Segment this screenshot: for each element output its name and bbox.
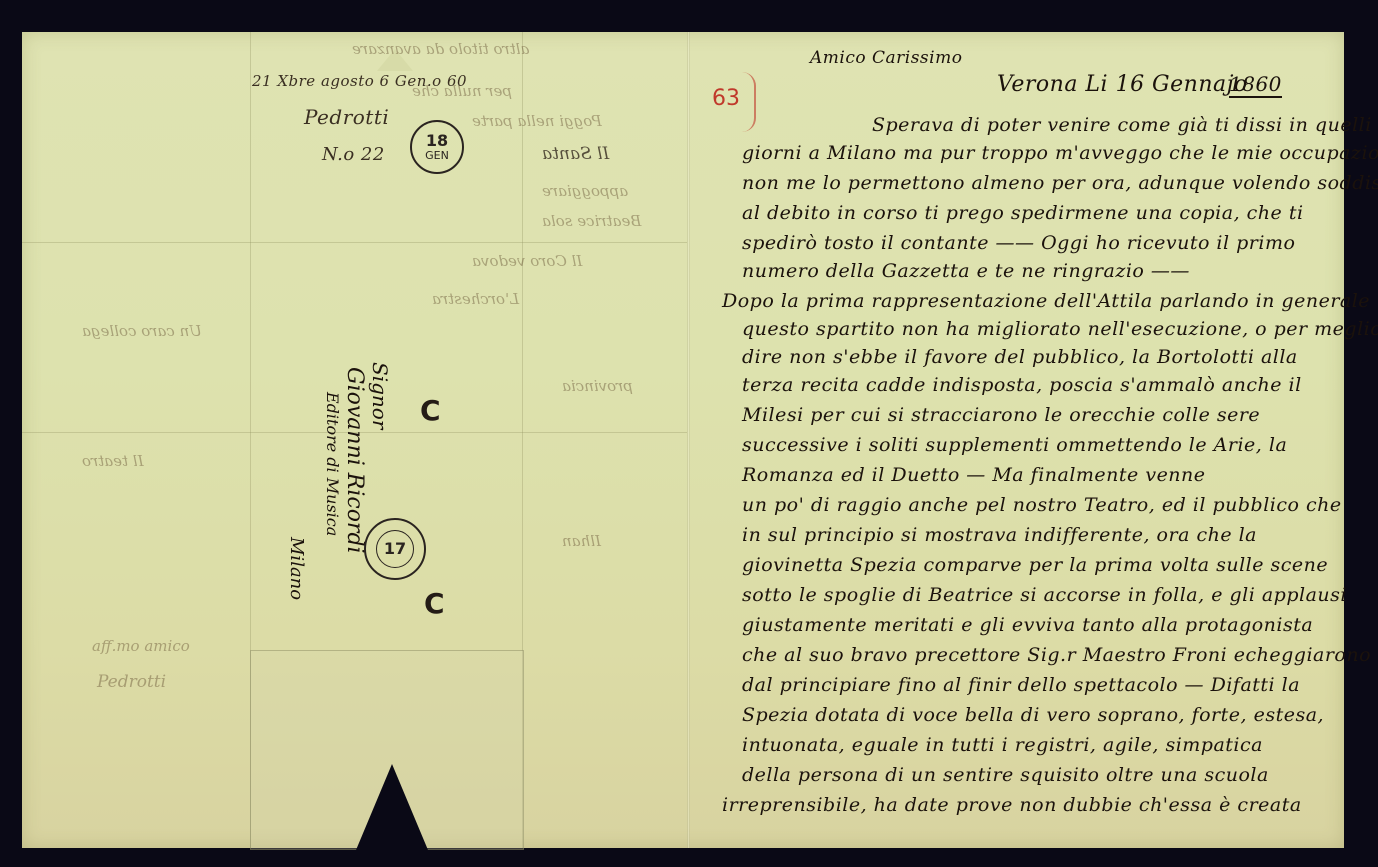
letter-line: questo spartito non ha migliorato nell'e… bbox=[742, 318, 1378, 340]
c-postal-mark: C bbox=[420, 394, 441, 427]
address-line-2: Giovanni Ricordi bbox=[342, 367, 367, 554]
letter-line: Dopo la prima rappresentazione dell'Atti… bbox=[722, 290, 1370, 312]
letter-line: numero della Gazzetta e te ne ringrazio … bbox=[742, 260, 1190, 282]
letter-line: che al suo bravo precettore Sig.r Maestr… bbox=[742, 644, 1371, 666]
letter-line: intuonata, eguale in tutti i registri, a… bbox=[742, 734, 1263, 756]
salutation: Amico Carissimo bbox=[810, 48, 962, 68]
bleed-through-text: Beatrice sola bbox=[542, 212, 641, 230]
address-line-1: Signor bbox=[368, 362, 392, 429]
letter-line: al debito in corso ti prego spedirmene u… bbox=[742, 202, 1304, 224]
bleed-through-text: Il Santa bbox=[542, 144, 609, 164]
letter-sheet: altro titolo da avanzare per nulla che P… bbox=[22, 32, 1344, 848]
letter-line: non me lo permettono almeno per ora, adu… bbox=[742, 172, 1378, 194]
bleed-through-text: Il teatro bbox=[82, 452, 144, 470]
letter-line: dal principiare fino al finir dello spet… bbox=[742, 674, 1300, 696]
c-postal-mark: C bbox=[424, 587, 445, 620]
letter-line: terza recita cadde indisposta, poscia s'… bbox=[742, 374, 1302, 396]
docket-name: Pedrotti bbox=[304, 105, 389, 129]
bleed-through-text: altro titolo da avanzare bbox=[352, 40, 529, 58]
place-date: Verona Li 16 Gennajo bbox=[997, 72, 1248, 97]
bleed-through-text: Un caro collega bbox=[82, 322, 202, 340]
archive-bracket-mark bbox=[740, 72, 756, 132]
letter-line: giustamente meritati e gli evviva tanto … bbox=[742, 614, 1313, 636]
center-fold bbox=[687, 32, 690, 848]
letter-line: della persona di un sentire squisito olt… bbox=[742, 764, 1269, 786]
letter-line: in sul principio si mostrava indifferent… bbox=[742, 524, 1257, 546]
letter-line: spedirò tosto il contante —— Oggi ho ric… bbox=[742, 232, 1295, 254]
postmark-day: 18 bbox=[426, 133, 448, 150]
postmark-inner-ring bbox=[376, 530, 414, 568]
bleed-through-text: provincia bbox=[562, 377, 633, 395]
postmark-month: GEN bbox=[425, 150, 449, 162]
letter-line: giovinetta Spezia comparve per la prima … bbox=[742, 554, 1328, 576]
fold-line bbox=[22, 242, 687, 243]
address-line-4: Milano bbox=[286, 537, 307, 600]
letter-line: Spezia dotata di voce bella di vero sopr… bbox=[742, 704, 1324, 726]
letter-line: dire non s'ebbe il favore del pubblico, … bbox=[742, 346, 1298, 368]
postmark-stamp: 17 bbox=[364, 518, 426, 580]
letter-line: Romanza ed il Duetto — Ma finalmente ven… bbox=[742, 464, 1206, 486]
torn-bottom-notch bbox=[356, 764, 428, 850]
bleed-through-text: appoggiare bbox=[542, 182, 628, 200]
docket-line: 21 Xbre agosto 6 Gen.o 60 bbox=[252, 72, 467, 90]
letter-line: Milesi per cui si stracciarono le orecch… bbox=[742, 404, 1260, 426]
letter-year: 1860 bbox=[1229, 72, 1282, 98]
letter-line: sotto le spoglie di Beatrice si accorse … bbox=[742, 584, 1347, 606]
signature: Pedrotti bbox=[97, 672, 166, 692]
letter-line: irreprensibile, ha date prove non dubbie… bbox=[722, 794, 1302, 816]
letter-line: successive i soliti supplementi ommetten… bbox=[742, 434, 1287, 456]
letter-line: giorni a Milano ma pur troppo m'avveggo … bbox=[742, 142, 1378, 164]
bleed-through-text: Il Coro vedova bbox=[472, 252, 582, 270]
docket-number: N.o 22 bbox=[322, 144, 385, 165]
postmark-stamp: 18 GEN bbox=[410, 120, 464, 174]
letter-line: Sperava di poter venire come già ti diss… bbox=[872, 114, 1372, 136]
archive-page-number: 63 bbox=[712, 86, 740, 111]
bleed-through-text: L'orchestra bbox=[432, 290, 519, 308]
bleed-through-text: Poggi nella parte bbox=[472, 112, 602, 130]
bleed-through-text: Ilhan bbox=[562, 532, 601, 550]
closing-text: aff.mo amico bbox=[92, 637, 190, 655]
letter-line: un po' di raggio anche pel nostro Teatro… bbox=[742, 494, 1342, 516]
address-line-3: Editore di Musica bbox=[323, 392, 342, 536]
